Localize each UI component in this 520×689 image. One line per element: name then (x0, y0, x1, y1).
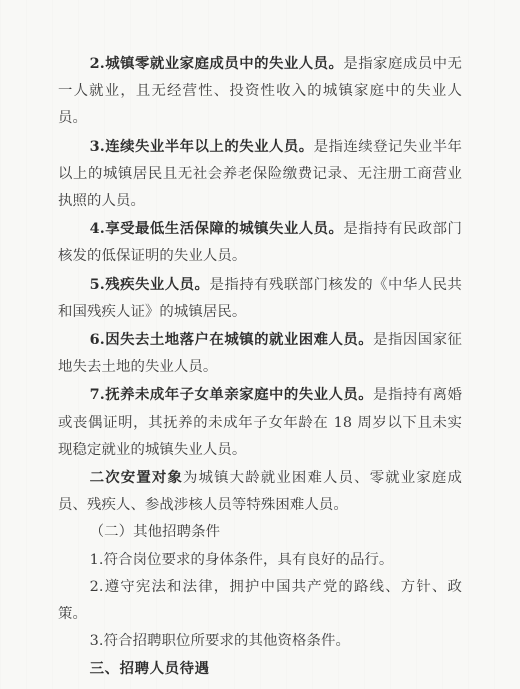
definition-term: 6.因失去土地落户在城镇的就业困难人员。 (90, 331, 373, 348)
document-text-block: 2.城镇零就业家庭成员中的失业人员。是指家庭成员中无一人就业，且无经营性、投资性… (58, 50, 462, 684)
numbered-definition-paragraph: 6.因失去土地落户在城镇的就业困难人员。是指因国家征地失去土地的失业人员。 (58, 326, 462, 381)
document-page: 2.城镇零就业家庭成员中的失业人员。是指家庭成员中无一人就业，且无经营性、投资性… (0, 0, 520, 689)
definition-term: 2.城镇零就业家庭成员中的失业人员。 (90, 55, 344, 72)
condition-item-text: 3.符合招聘职位所要求的其他资格条件。 (90, 633, 350, 649)
definition-term: 二次安置对象 (90, 469, 183, 486)
definition-term: 5.残疾失业人员。 (90, 276, 210, 293)
condition-item: 2.遵守宪法和法律，拥护中国共产党的路线、方针、政策。 (58, 574, 462, 628)
condition-item-text: 1.符合岗位要求的身体条件，具有良好的品行。 (90, 552, 394, 568)
numbered-definition-paragraph: 5.残疾失业人员。是指持有残联部门核发的《中华人民共和国残疾人证》的城镇居民。 (58, 271, 462, 326)
numbered-definition-paragraph: 4.享受最低生活保障的城镇失业人员。是指持有民政部门核发的低保证明的失业人员。 (58, 215, 462, 270)
definition-term: 3.连续失业半年以上的失业人员。 (90, 138, 314, 155)
secondary-placement-paragraph: 二次安置对象为城镇大龄就业困难人员、零就业家庭成员、残疾人、参战涉核人员等特殊困… (58, 464, 462, 519)
section-heading-recruitment-treatment: 三、招聘人员待遇 (58, 655, 462, 683)
subsection-heading-text: （二）其他招聘条件 (90, 524, 220, 540)
subsection-heading-other-conditions: （二）其他招聘条件 (58, 519, 462, 546)
definition-term: 7.抚养未成年子女单亲家庭中的失业人员。 (90, 386, 373, 403)
numbered-definition-paragraph: 2.城镇零就业家庭成员中的失业人员。是指家庭成员中无一人就业，且无经营性、投资性… (58, 50, 462, 133)
condition-item: 1.符合岗位要求的身体条件，具有良好的品行。 (58, 547, 462, 574)
numbered-definition-paragraph: 7.抚养未成年子女单亲家庭中的失业人员。是指持有离婚或丧偶证明，其抚养的未成年子… (58, 381, 462, 464)
condition-item: 3.符合招聘职位所要求的其他资格条件。 (58, 628, 462, 655)
definition-term: 4.享受最低生活保障的城镇失业人员。 (90, 220, 344, 237)
numbered-definition-paragraph: 3.连续失业半年以上的失业人员。是指连续登记失业半年以上的城镇居民且无社会养老保… (58, 133, 462, 216)
section-heading-text: 三、招聘人员待遇 (90, 660, 210, 677)
condition-item-text: 2.遵守宪法和法律，拥护中国共产党的路线、方针、政策。 (58, 579, 462, 622)
